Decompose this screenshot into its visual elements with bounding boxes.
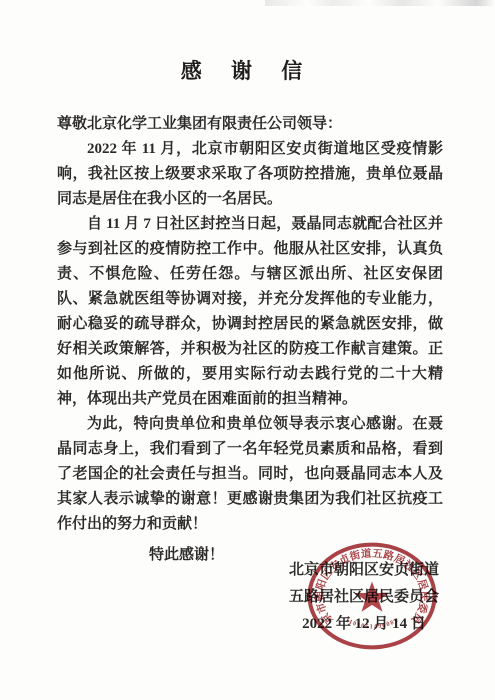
scan-artifact (265, 0, 495, 6)
letter-title: 感 谢 信 (0, 55, 495, 85)
paragraph-3: 为此，特向贵单位和贵单位领导表示衷心感谢。在聂晶同志身上，我们看到了一名年轻党员… (57, 412, 443, 537)
salutation: 尊敬北京化学工业集团有限责任公司领导： (57, 112, 443, 137)
letter-body: 尊敬北京化学工业集团有限责任公司领导： 2022 年 11 月，北京市朝阳区安贞… (57, 112, 443, 568)
signature-org-line1: 北京市朝阳区安贞街道 (276, 557, 452, 584)
paragraph-2: 自 11 月 7 日社区封控当日起，聂晶同志就配合社区并参与到社区的疫情防控工作… (57, 212, 443, 412)
letter-page: 感 谢 信 尊敬北京化学工业集团有限责任公司领导： 2022 年 11 月，北京… (0, 0, 495, 700)
paragraph-1: 2022 年 11 月，北京市朝阳区安贞街道地区受疫情影响，我社区按上级要求采取… (57, 137, 443, 212)
signature-block: 北京市朝阳区安贞街道 五路居社区居民委员会 2022 年 12 月 14 日 (276, 557, 452, 638)
signature-org-line2: 五路居社区居民委员会 (276, 584, 452, 611)
signature-date: 2022 年 12 月 14 日 (276, 611, 452, 638)
